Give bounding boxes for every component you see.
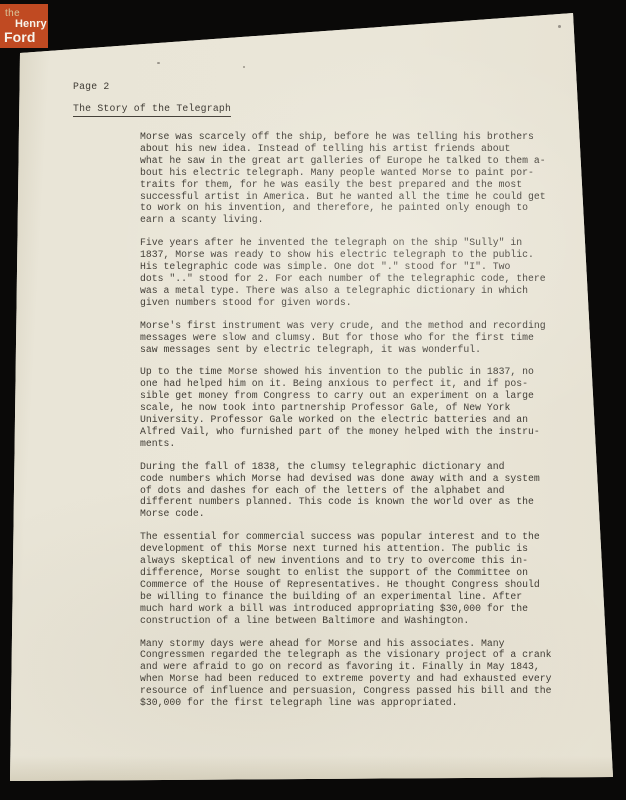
pencil-speck xyxy=(157,62,160,64)
pencil-speck xyxy=(243,66,245,68)
staple-mark xyxy=(558,25,561,28)
page-title: The Story of the Telegraph xyxy=(73,103,231,117)
paragraph: The essential for commercial success was… xyxy=(140,531,572,626)
logo-text-ford: Ford xyxy=(4,29,36,45)
scan-background: Page 2 The Story of the Telegraph Morse … xyxy=(0,0,626,800)
document-page: Page 2 The Story of the Telegraph Morse … xyxy=(10,13,614,782)
paragraph: Five years after he invented the telegra… xyxy=(140,237,572,308)
paragraph: Morse was scarcely off the ship, before … xyxy=(140,131,572,226)
document-body: Morse was scarcely off the ship, before … xyxy=(140,131,572,720)
paragraph: During the fall of 1838, the clumsy tele… xyxy=(140,461,572,521)
staple-mark xyxy=(598,30,601,33)
paragraph: Up to the time Morse showed his inventio… xyxy=(140,366,572,449)
henry-ford-logo: the Henry Ford xyxy=(0,4,48,48)
page-number: Page 2 xyxy=(73,81,109,92)
paragraph: Many stormy days were ahead for Morse an… xyxy=(140,638,572,709)
paragraph: Morse's first instrument was very crude,… xyxy=(140,320,572,356)
